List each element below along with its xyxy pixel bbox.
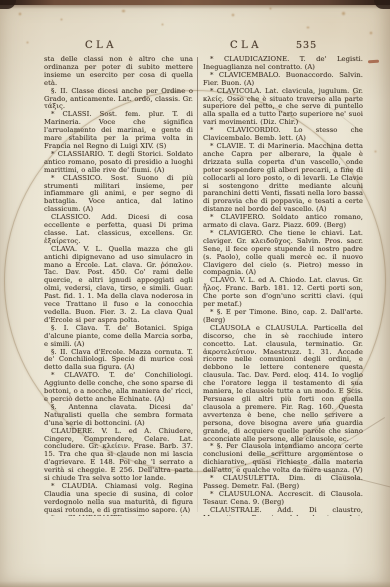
dictionary-entry: * CLAVIFERO. Soldato antico romano, arma… <box>203 214 363 230</box>
dictionary-entry: CLAVO. V. L. ed A. Chiodo. Lat. clavus. … <box>203 277 363 309</box>
column-divider-rule <box>197 57 198 512</box>
foxing-spot <box>121 9 126 13</box>
book-top-edge-shadow <box>0 5 390 9</box>
dictionary-entry: CLAUDERE. V. L. ed A. Chiudere, Cingere,… <box>44 428 193 483</box>
foxing-spot <box>26 41 29 44</box>
dictionary-entry: * CLAUDICANTE. Che zoppica, Barcollante.… <box>44 515 193 516</box>
dictionary-entry: §. II. Classe dicesi anche per Ordine o … <box>44 88 193 112</box>
dictionary-entry: CLAVA. V. L. Quella mazza che gli antich… <box>44 246 193 325</box>
dictionary-entry: CLASSICO. Add. Dicesi di cosa eccellente… <box>44 214 193 246</box>
left-column: sta delle classi non è altro che una ord… <box>44 56 193 516</box>
dictionary-entry: sta delle classi non è altro che una ord… <box>44 56 193 88</box>
running-head-right: CLA <box>230 40 262 51</box>
foxing-spot <box>341 11 346 16</box>
dictionary-entry: * CLASSI. Sost. fem. plur. T. di Mariner… <box>44 111 193 151</box>
dictionary-entry: * §. E per Timone. Bino, cap. 2. Dall'ar… <box>203 309 363 325</box>
foxing-spot <box>231 13 235 17</box>
running-head-left: CLA <box>85 40 117 51</box>
dictionary-entry: * CLASSICO. Sost. Suono di più strumenti… <box>44 175 193 215</box>
dictionary-entry: * CLAUSULONA. Accrescit. di Clausola. Te… <box>203 491 363 507</box>
dictionary-entry: * CLAVIE. T. di Marineria. Macchina dett… <box>203 143 363 214</box>
foxing-spot <box>18 12 22 16</box>
foxing-spot <box>306 26 310 29</box>
dictionary-entry: * CLAVATO. T. de' Conchiliologi. Aggiunt… <box>44 372 193 404</box>
foxing-spot <box>369 31 373 35</box>
dictionary-entry: * CLAVICEMBALO. Buonaccordo. Salvin. Fie… <box>203 72 363 88</box>
dictionary-entry: CLAUSOLA e CLAUSULA. Particella del disc… <box>203 325 363 444</box>
dictionary-entry: CLAUSTRALE. Add. Di claustro, Monastico,… <box>203 507 363 516</box>
dictionary-entry: * CLAUDICAZIONE. T. de' Legisti. Ineguag… <box>203 56 363 72</box>
dictionary-entry: * CLAVICOLA. Lat. clavicula, jugulum. Gr… <box>203 88 363 128</box>
dictionary-entry: §. I. Clava. T. de' Botanici. Spiga d'al… <box>44 325 193 349</box>
dictionary-entry: §. II. Clava d'Ercole. Mazza cornuta. T.… <box>44 349 193 373</box>
foxing-spot <box>374 150 377 153</box>
foxing-spot <box>161 23 164 26</box>
scanned-dictionary-page: CLA CLA 535 sta delle classi non è altro… <box>0 0 390 587</box>
dictionary-entry: * CLASSIARIO. T. degli Storici. Soldato … <box>44 151 193 175</box>
right-column: * CLAUDICAZIONE. T. de' Legisti. Ineguag… <box>203 56 363 516</box>
dictionary-entry: * CLAUDIA. Chiamasi volg. Regina Claudia… <box>44 483 193 515</box>
red-ink-mark <box>368 60 379 63</box>
dictionary-entry: §. Antenna clavata. Dicesi da' Naturalis… <box>44 404 193 428</box>
foxing-spot <box>60 18 63 21</box>
page-number: 535 <box>296 40 317 51</box>
dictionary-entry: * §. Per Clausola intendiamo ancora cert… <box>203 443 363 475</box>
dictionary-entry: * CLAVIGERO. Che tiene le chiavi. Lat. c… <box>203 230 363 277</box>
foxing-spot <box>269 7 272 10</box>
dictionary-entry: * CLAVICORDIO. Lo stesso che Clavicembal… <box>203 127 363 143</box>
dictionary-entry: * CLAUSULETTA. Dim. di Clausola. Passeg.… <box>203 475 363 491</box>
page-bottom-shadow <box>0 581 390 587</box>
